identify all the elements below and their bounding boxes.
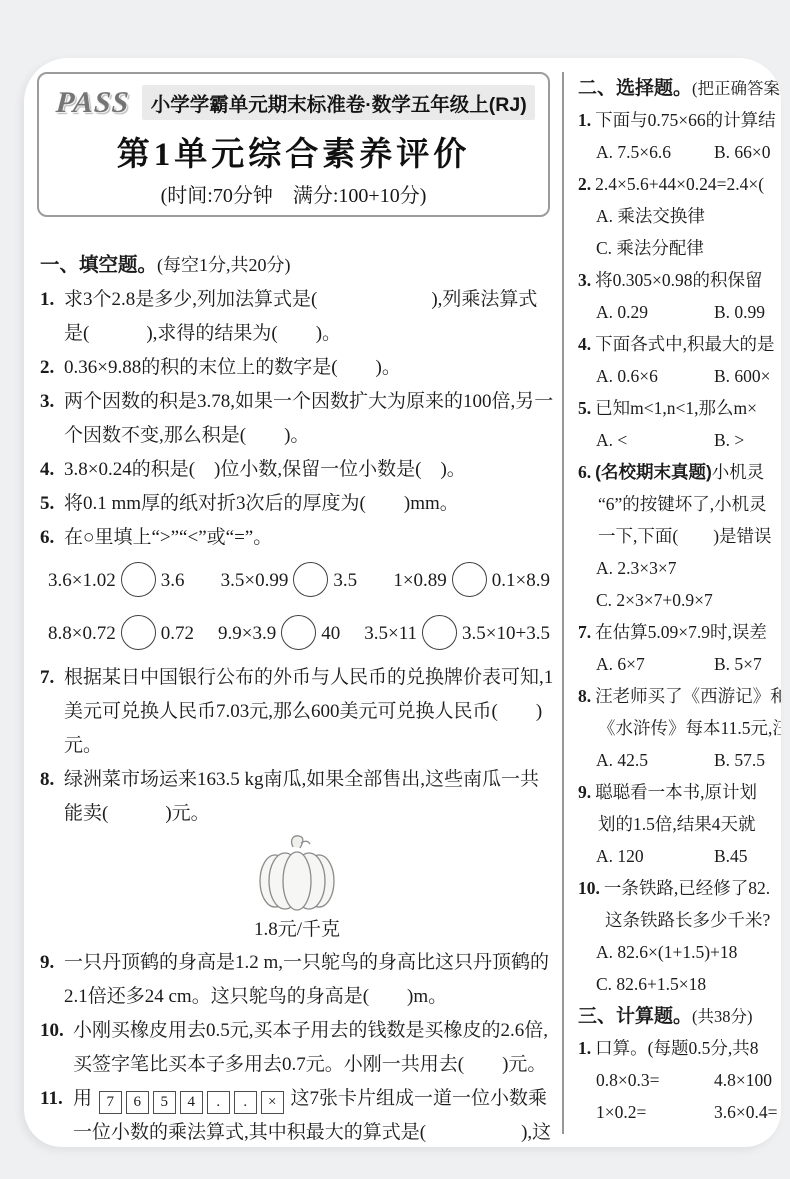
option-a: A. 120 — [596, 846, 644, 866]
choice-q4-options: A. 0.6×6B. 600× — [578, 360, 781, 392]
choice-question-5: 5.已知m<1,n<1,那么m× — [578, 392, 781, 424]
option-b: B. 66×0 — [714, 136, 771, 168]
question-number: 8. — [40, 763, 64, 797]
column-divider — [562, 72, 564, 1134]
page-title: 第1单元综合素养评价 — [39, 128, 548, 175]
fill-question-8: 8.绿洲菜市场运来163.5 kg南瓜,如果全部售出,这些南瓜一共能卖( )元。 — [40, 763, 554, 831]
option-a: A. 2.3×3×7 — [596, 558, 677, 578]
choice-question-2: 2.2.4×5.6+44×0.24=2.4×( — [578, 168, 781, 200]
fill-question-9: 9.一只丹顶鹤的身高是1.2 m,一只鸵鸟的身高比这只丹顶鹤的2.1倍还多24 … — [40, 946, 554, 1014]
option-a: A. 42.5 — [596, 750, 648, 770]
exam-source-tag: (名校期末真题) — [595, 462, 712, 482]
choice-question-9: 9.聪聪看一本书,原计划 — [578, 776, 781, 808]
choice-question-8: 8.汪老师买了《西游记》和 — [578, 680, 781, 712]
option-b: B. 57.5 — [714, 744, 765, 776]
pass-logo: PASS — [55, 86, 131, 120]
option-a: A. 0.6×6 — [596, 366, 658, 386]
question-text: 将0.1 mm厚的纸对折3次后的厚度为( )mm。 — [64, 493, 459, 514]
digit-card: . — [207, 1091, 230, 1114]
choice-q9-options: A. 120B.45 — [578, 840, 781, 872]
section3-title: 三、计算题。 — [578, 1006, 692, 1027]
fill-question-11: 11.用 7654..× 这7张卡片组成一道一位小数乘一位小数的乘法算式,其中积… — [40, 1082, 554, 1147]
fill-question-7: 7.根据某日中国银行公布的外币与人民币的兑换牌价表可知,1美元可兑换人民币7.0… — [40, 661, 554, 763]
fill-question-1: 1.求3个2.8是多少,列加法算式是( ),列乘法算式是( ),求得的结果为( … — [40, 283, 554, 351]
comparison-circle — [281, 615, 316, 650]
header-box: PASS 小学学霸单元期末标准卷·数学五年级上(RJ) 第1单元综合素养评价 (… — [37, 72, 550, 217]
choice-q6-option-c: C. 2×3×7+0.9×7 — [578, 584, 781, 616]
comparison-circle — [422, 615, 457, 650]
choice-q10-option-c: C. 82.6+1.5×18 — [578, 968, 781, 1000]
question-text: 两个因数的积是3.78,如果一个因数扩大为原来的100倍,另一个因数不变,那么积… — [64, 391, 553, 446]
question-number: 6. — [40, 521, 64, 555]
choice-question-10: 10.一条铁路,已经修了82. — [578, 872, 781, 904]
oral-calc-item: 3.6×0.4= — [714, 1096, 778, 1128]
question-number: 1. — [40, 283, 64, 317]
comparison-item: 1×0.890.1×8.9 — [393, 562, 550, 601]
price-caption: 1.8元/千克 — [40, 916, 554, 946]
question-text: 根据某日中国银行公布的外币与人民币的兑换牌价表可知,1美元可兑换人民币7.03元… — [64, 667, 553, 756]
choice-question-3: 3.将0.305×0.98的积保留 — [578, 264, 781, 296]
section1-heading: 一、填空题。(每空1分,共20分) — [40, 248, 554, 283]
digit-card: 5 — [153, 1091, 176, 1114]
choice-question-1: 1.下面与0.75×66的计算结 — [578, 104, 781, 136]
section1-title: 一、填空题。 — [40, 254, 157, 276]
oral-calc-item: 0.8×0.3= — [596, 1070, 660, 1090]
question-number: 4. — [40, 453, 64, 487]
calc-question-1: 1.口算。(每题0.5分,共8 — [578, 1032, 781, 1064]
choice-question-7: 7.在估算5.09×7.9时,误差 — [578, 616, 781, 648]
comparison-circle — [452, 562, 487, 597]
option-b: B. 0.99 — [714, 296, 765, 328]
choice-q1-options: A. 7.5×6.6B. 66×0 — [578, 136, 781, 168]
question-text: 在○里填上“>”“<”或“=”。 — [64, 527, 272, 548]
fill-question-3: 3.两个因数的积是3.78,如果一个因数扩大为原来的100倍,另一个因数不变,那… — [40, 385, 554, 453]
option-b: B. > — [714, 424, 744, 456]
option-c: C. 82.6+1.5×18 — [596, 974, 706, 994]
comparison-item: 3.6×1.023.6 — [48, 562, 184, 601]
option-b: B. 600× — [714, 360, 771, 392]
option-a: A. 6×7 — [596, 654, 645, 674]
digit-card: × — [261, 1091, 284, 1114]
oral-calc-item: 1×0.2= — [596, 1102, 646, 1122]
section3-heading: 三、计算题。(共38分) — [578, 1000, 781, 1032]
choice-q2-option-c: C. 乘法分配律 — [578, 232, 781, 264]
choice-q10-option-a: A. 82.6×(1+1.5)+18 — [578, 936, 781, 968]
comparison-row-2: 8.8×0.720.72 9.9×3.940 3.5×113.5×10+3.5 — [48, 608, 554, 661]
fill-question-10: 10.小刚买橡皮用去0.5元,买本子用去的钱数是买橡皮的2.6倍,买签字笔比买本… — [40, 1014, 554, 1082]
exam-info: (时间:70分钟 满分:100+10分) — [39, 179, 548, 208]
fill-question-2: 2.0.36×9.88的积的末位上的数字是( )。 — [40, 351, 554, 385]
option-a: A. < — [596, 430, 627, 450]
pumpkin-illustration — [249, 834, 345, 912]
question-text: 绿洲菜市场运来163.5 kg南瓜,如果全部售出,这些南瓜一共能卖( )元。 — [64, 769, 539, 824]
oral-calc-row-2: 1×0.2=3.6×0.4= — [578, 1096, 781, 1128]
scan-background: PASS 小学学霸单元期末标准卷·数学五年级上(RJ) 第1单元综合素养评价 (… — [0, 0, 790, 1179]
fill-question-5: 5.将0.1 mm厚的纸对折3次后的厚度为( )mm。 — [40, 487, 554, 521]
worksheet-page: PASS 小学学霸单元期末标准卷·数学五年级上(RJ) 第1单元综合素养评价 (… — [24, 58, 781, 1147]
question-text: 用 — [73, 1088, 92, 1109]
question-text: 0.36×9.88的积的末位上的数字是( )。 — [64, 357, 401, 378]
choice-q7-options: A. 6×7B. 5×7 — [578, 648, 781, 680]
comparison-item: 3.5×113.5×10+3.5 — [364, 615, 550, 654]
header-top-row: PASS 小学学霸单元期末标准卷·数学五年级上(RJ) — [56, 85, 535, 120]
option-b: B. 5×7 — [714, 648, 762, 680]
choice-question-6: 6.(名校期末真题)小机灵 — [578, 456, 781, 488]
comparison-row-1: 3.6×1.023.6 3.5×0.993.5 1×0.890.1×8.9 — [48, 555, 554, 608]
series-title: 小学学霸单元期末标准卷·数学五年级上(RJ) — [142, 85, 535, 120]
question-number: 3. — [40, 385, 64, 419]
digit-card: 7 — [99, 1091, 122, 1114]
choice-section: 二、选择题。(把正确答案的 1.下面与0.75×66的计算结 A. 7.5×6.… — [578, 72, 781, 1128]
choice-q3-options: A. 0.29B. 0.99 — [578, 296, 781, 328]
pumpkin-figure — [40, 834, 554, 916]
section3-note: (共38分) — [692, 1007, 753, 1026]
fill-question-4: 4.3.8×0.24的积是( )位小数,保留一位小数是( )。 — [40, 453, 554, 487]
question-number: 2. — [40, 351, 64, 385]
comparison-item: 3.5×0.993.5 — [221, 562, 357, 601]
option-b: B.45 — [714, 840, 748, 872]
oral-calc-row-1: 0.8×0.3=4.8×100 — [578, 1064, 781, 1096]
section2-title: 二、选择题。 — [578, 78, 692, 99]
choice-q6-line2: “6”的按键坏了,小机灵 — [578, 488, 781, 520]
option-c: C. 乘法分配律 — [596, 238, 704, 258]
question-number: 10. — [40, 1014, 73, 1048]
option-a: A. 0.29 — [596, 302, 648, 322]
option-a: A. 82.6×(1+1.5)+18 — [596, 942, 737, 962]
question-number: 7. — [40, 661, 64, 695]
choice-q8-options: A. 42.5B. 57.5 — [578, 744, 781, 776]
section2-note: (把正确答案的 — [692, 79, 781, 98]
comparison-circle — [121, 562, 156, 597]
question-number: 9. — [40, 946, 64, 980]
comparison-item: 9.9×3.940 — [218, 615, 340, 654]
option-a: A. 乘法交换律 — [596, 206, 705, 226]
choice-q6-line3: 一下,下面( )是错误 — [578, 520, 781, 552]
choice-q10-line2: 这条铁路长多少千米? — [578, 904, 781, 936]
choice-q5-options: A. <B. > — [578, 424, 781, 456]
section1-note: (每空1分,共20分) — [157, 255, 291, 275]
calc-q1-note: (每题0.5分,共8 — [648, 1038, 759, 1058]
question-text: 求3个2.8是多少,列加法算式是( ),列乘法算式是( ),求得的结果为( )。 — [64, 289, 537, 344]
question-text: 小刚买橡皮用去0.5元,买本子用去的钱数是买橡皮的2.6倍,买签字笔比买本子多用… — [73, 1020, 548, 1075]
comparison-circle — [121, 615, 156, 650]
digit-card: 4 — [180, 1091, 203, 1114]
question-number: 5. — [40, 487, 64, 521]
comparison-circle — [293, 562, 328, 597]
option-c: C. 2×3×7+0.9×7 — [596, 590, 713, 610]
oral-calc-item: 4.8×100 — [714, 1064, 772, 1096]
question-number: 11. — [40, 1082, 73, 1116]
choice-question-4: 4.下面各式中,积最大的是 — [578, 328, 781, 360]
fill-in-blank-section: 一、填空题。(每空1分,共20分) 1.求3个2.8是多少,列加法算式是( ),… — [40, 248, 554, 1147]
choice-q6-option-a: A. 2.3×3×7 — [578, 552, 781, 584]
fill-question-6: 6.在○里填上“>”“<”或“=”。 3.6×1.023.6 3.5×0.993… — [40, 521, 554, 661]
choice-q2-option-a: A. 乘法交换律 — [578, 200, 781, 232]
option-a: A. 7.5×6.6 — [596, 142, 671, 162]
question-text: 3.8×0.24的积是( )位小数,保留一位小数是( )。 — [64, 459, 466, 480]
digit-card: . — [234, 1091, 257, 1114]
comparison-item: 8.8×0.720.72 — [48, 615, 194, 654]
digit-card: 6 — [126, 1091, 149, 1114]
choice-q8-line2: 《水浒传》每本11.5元,汪 — [578, 712, 781, 744]
section2-heading: 二、选择题。(把正确答案的 — [578, 72, 781, 104]
question-text: 一只丹顶鹤的身高是1.2 m,一只鸵鸟的身高比这只丹顶鹤的2.1倍还多24 cm… — [64, 952, 549, 1007]
choice-q9-line2: 划的1.5倍,结果4天就 — [578, 808, 781, 840]
